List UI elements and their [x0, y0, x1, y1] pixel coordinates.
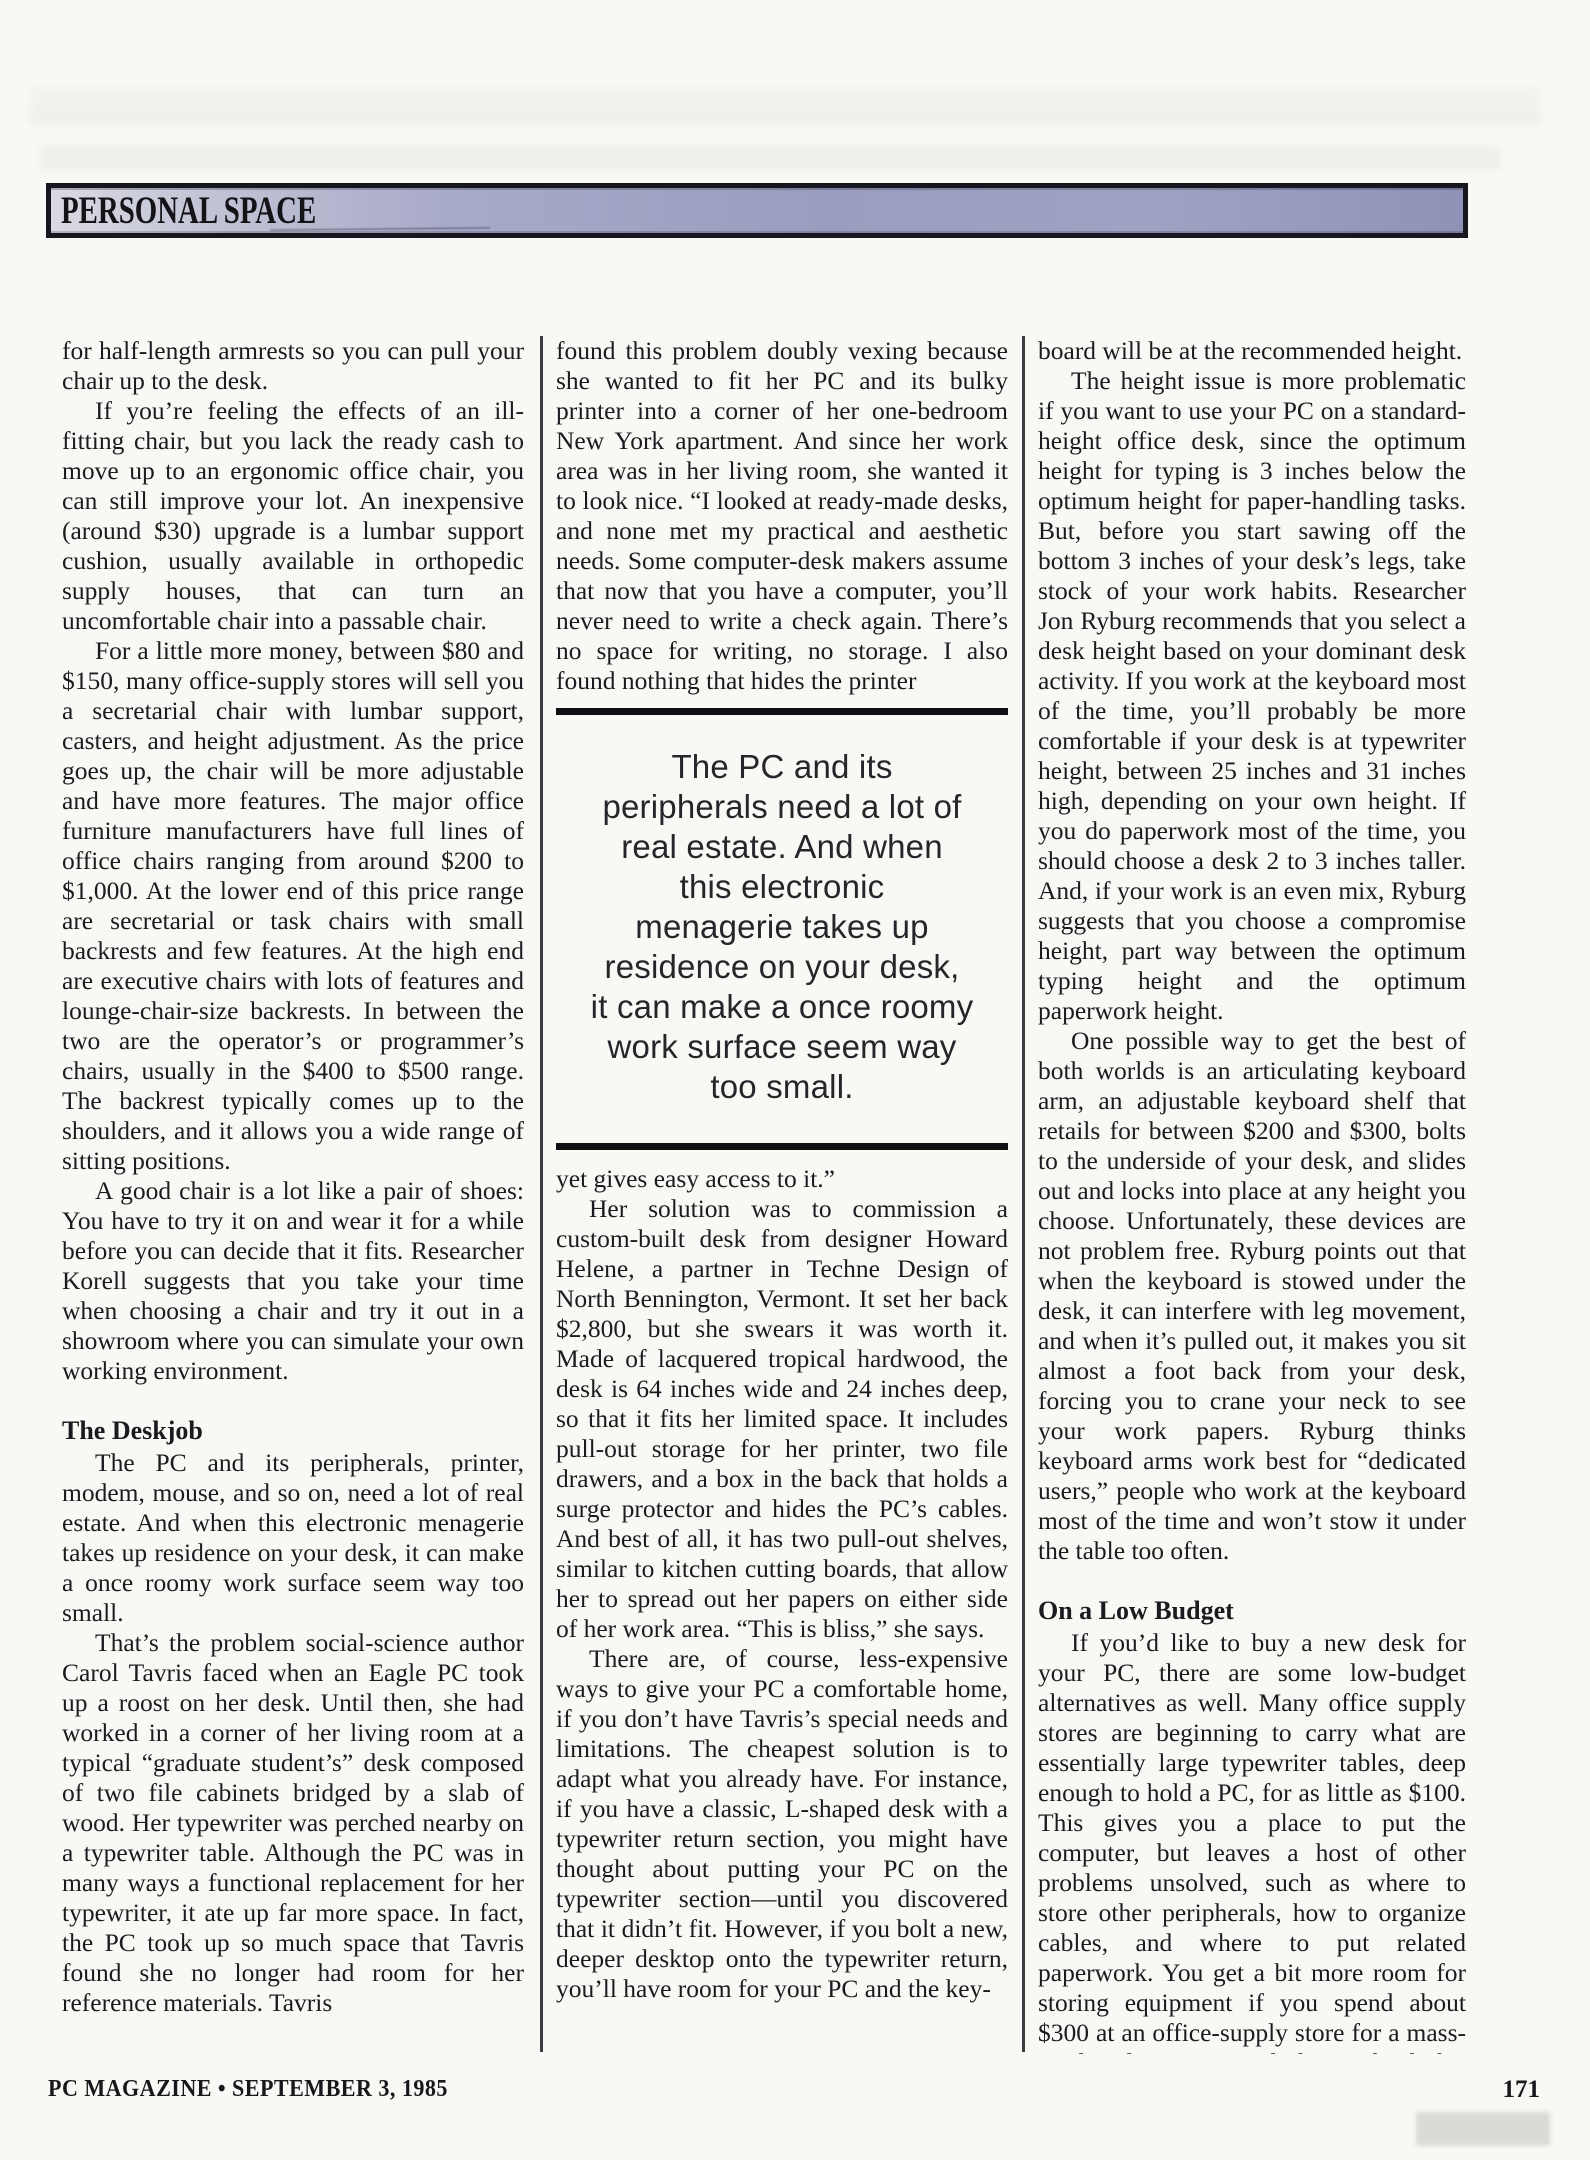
article-paragraph: That’s the problem social-science author… [62, 1628, 524, 2018]
article-paragraph: If you’d like to buy a new desk for your… [1038, 1628, 1466, 2054]
article-paragraph: board will be at the recommended height. [1038, 336, 1466, 366]
article-paragraph: for half-length armrests so you can pull… [62, 336, 524, 396]
pull-quote-line: work surface seem way [570, 1027, 994, 1067]
article-paragraph: One possible way to get the best of both… [1038, 1026, 1466, 1566]
article-paragraph: If you’re feeling the effects of an ill-… [62, 396, 524, 636]
article-paragraph: yet gives easy access to it.” [556, 1164, 1008, 1194]
section-title: PERSONAL SPACE [61, 190, 316, 232]
article-paragraph: The height issue is more problematic if … [1038, 366, 1466, 1026]
pull-quote-line: this electronic [570, 867, 994, 907]
article-column-2: found this problem doubly vexing because… [556, 336, 1008, 2054]
article-column-3: board will be at the recommended height.… [1038, 336, 1466, 2054]
section-heading: On a Low Budget [1038, 1596, 1466, 1626]
article-paragraph: A good chair is a lot like a pair of sho… [62, 1176, 524, 1386]
footer-magazine-date: PC MAGAZINE • SEPTEMBER 3, 1985 [48, 2076, 448, 2103]
article-paragraph: found this problem doubly vexing because… [556, 336, 1008, 696]
pull-quote-line: peripherals need a lot of [570, 787, 994, 827]
pull-quote: The PC and itsperipherals need a lot ofr… [556, 708, 1008, 1150]
magazine-page: PERSONAL SPACE for half-length armrests … [0, 0, 1590, 2160]
column-divider [540, 336, 543, 2052]
pull-quote-line: it can make a once roomy [570, 987, 994, 1027]
scan-smudge-top [30, 86, 1540, 124]
article-paragraph: The PC and its peripherals, printer, mod… [62, 1448, 524, 1628]
pull-quote-line: residence on your desk, [570, 947, 994, 987]
pull-quote-line: The PC and its [570, 747, 994, 787]
footer-page-number: 171 [1503, 2076, 1541, 2104]
column-divider [1022, 336, 1025, 2052]
scan-smudge-upper [40, 146, 1500, 170]
article-column-1: for half-length armrests so you can pull… [62, 336, 524, 2054]
section-heading: The Deskjob [62, 1416, 524, 1446]
pull-quote-line: real estate. And when [570, 827, 994, 867]
pull-quote-line: menagerie takes up [570, 907, 994, 947]
section-banner: PERSONAL SPACE [46, 183, 1468, 238]
pull-quote-line: too small. [570, 1067, 994, 1107]
scan-smudge-bottom-right [1416, 2112, 1550, 2146]
article-paragraph: Her solution was to commission a custom-… [556, 1194, 1008, 1644]
article-paragraph: There are, of course, less-expensive way… [556, 1644, 1008, 2004]
article-paragraph: For a little more money, between $80 and… [62, 636, 524, 1176]
